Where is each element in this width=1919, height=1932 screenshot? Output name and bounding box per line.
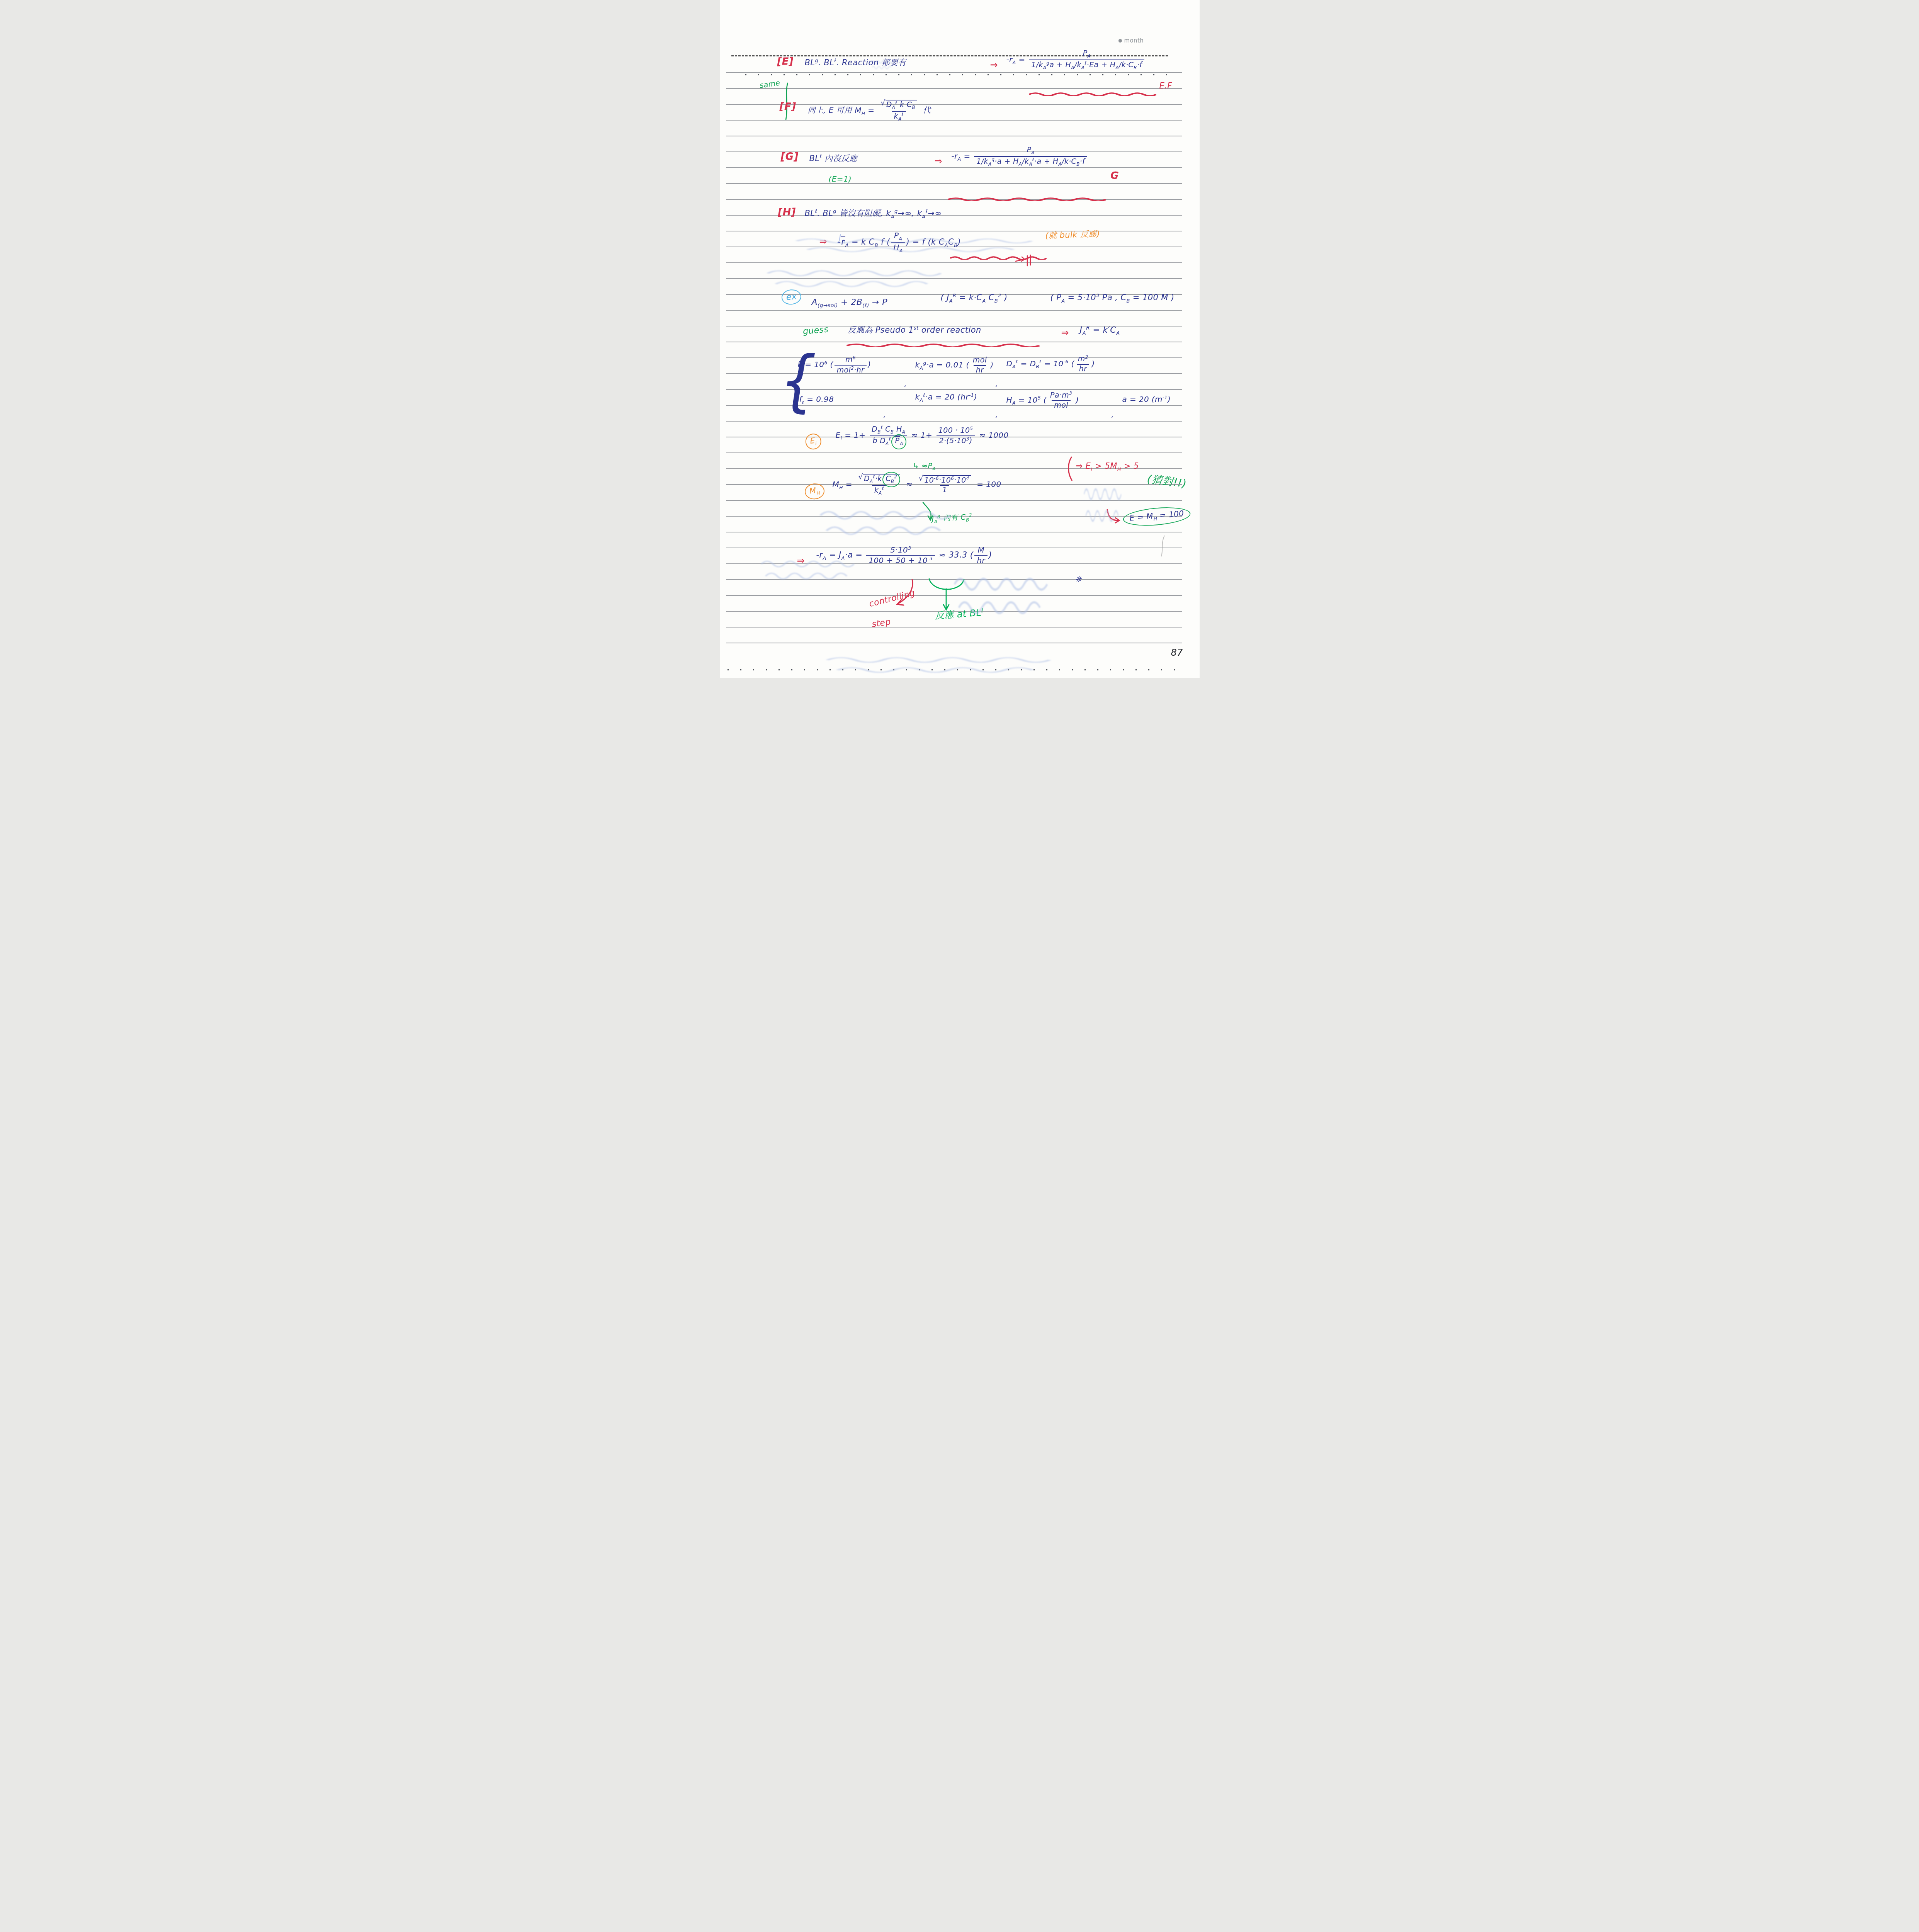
param-ha: HA = 105 (Pa·m3mol) (1006, 391, 1079, 410)
param-k: k = 106 (m6mol2·hr) (798, 355, 871, 375)
ink-bleed-through (952, 568, 1067, 622)
pencil-stroke (1160, 535, 1166, 557)
section-f-equation: 同上, E 可用 MH = √DAℓ k CBkAℓ 代 (808, 100, 931, 122)
ink-bleed-through (758, 556, 874, 583)
param-comma1: , (904, 379, 907, 388)
ei-equation: Ei = 1+ DBℓ CB HAb DAℓ PA ≈ 1+ 100 · 105… (836, 425, 1009, 447)
red-end-mark (1015, 253, 1033, 267)
page-number: 87 (1171, 648, 1183, 658)
guess-equation: JAR = k′CA (1080, 325, 1120, 337)
param-kga: kAg·a = 0.01 (molhr) (915, 356, 994, 375)
red-curve-mark (1066, 456, 1074, 481)
section-g-label: G (1110, 170, 1119, 182)
guess-arrow-icon: ⇒ (1061, 328, 1069, 338)
section-e-tag: [E] (777, 56, 794, 68)
section-f-tag: [F] (779, 101, 796, 113)
param-comma2: , (996, 379, 998, 388)
month-dot-icon (1118, 39, 1122, 43)
section-e-equation: -rA = PA1/kAga + HA/kAℓ·Ea + HA/k·CB·f (1006, 49, 1146, 71)
section-e-arrow-icon: ⇒ (990, 60, 998, 71)
ink-bleed-through (870, 58, 897, 71)
month-label: month (1118, 37, 1144, 44)
ei-green-note: ↳ ≈PA (913, 462, 936, 472)
mh-badge-label: MH (804, 483, 825, 500)
ei-badge-label: Ei (805, 433, 822, 450)
param-fl: fℓ = 0.98 (799, 395, 834, 405)
ink-bleed-through (816, 505, 979, 540)
param-comma4: , (996, 410, 998, 419)
mh-badge: MH (804, 483, 825, 500)
month-text: month (1124, 37, 1144, 44)
section-g-tag: [G] (781, 151, 799, 163)
guess-text: 反應為 Pseudo 1st order reaction (848, 325, 981, 335)
ink-bleed-through (1083, 479, 1129, 529)
ink-bleed-through (762, 266, 979, 291)
wavy-underline-guess (846, 342, 1040, 347)
ei-badge: Ei (805, 433, 822, 450)
wavy-underline-g (948, 196, 1106, 201)
comparison-note: ⇒ Ei > 5MH > 5 (1076, 461, 1139, 473)
param-comma5: , (1112, 410, 1114, 419)
ink-bleed-through (789, 235, 1083, 255)
notebook-page: month [E] BLg. BLℓ. Reaction 都要有 ⇒ -rA =… (720, 0, 1200, 678)
param-kla: kAℓ·a = 20 (hr-1) (915, 393, 977, 403)
section-g-equation: -rA = PA1/kAg·a + HA/kAℓ·a + HA/k·CB·f (952, 146, 1089, 167)
wavy-underline-e (1029, 91, 1156, 96)
section-g-text: BLℓ 內沒反應 (809, 154, 858, 163)
section-g-arrow-icon: ⇒ (935, 156, 943, 167)
example-given-values: ( PA = 5·103 Pa , CB = 100 M ) (1050, 293, 1175, 304)
section-e-note: E.F (1159, 81, 1172, 90)
section-h-tag: [H] (778, 207, 796, 219)
section-g-subnote: (E=1) (829, 175, 852, 184)
example-rate-law: ( JAR = k·CA CB2 ) (941, 293, 1008, 304)
param-d: DAℓ = DBℓ = 10-6 (m2hr) (1006, 355, 1095, 374)
example-badge: ex (781, 289, 802, 306)
ink-bleed-through (820, 653, 1098, 676)
example-reaction: A(g→sol) + 2B(ℓ) → P (812, 298, 887, 309)
param-comma3: , (884, 410, 886, 419)
stitch-dots-top (745, 74, 1178, 75)
example-badge-label: ex (781, 289, 802, 306)
param-a: a = 20 (m-1) (1122, 395, 1171, 404)
section-h-text: BLℓ. BLg 皆沒有阻礙, kAg→∞, kAℓ→∞ (805, 209, 942, 220)
mh-equation: MH = √DAℓ·k CB2kAℓ ≈ √10-6·106·1041 = 10… (833, 474, 1001, 496)
